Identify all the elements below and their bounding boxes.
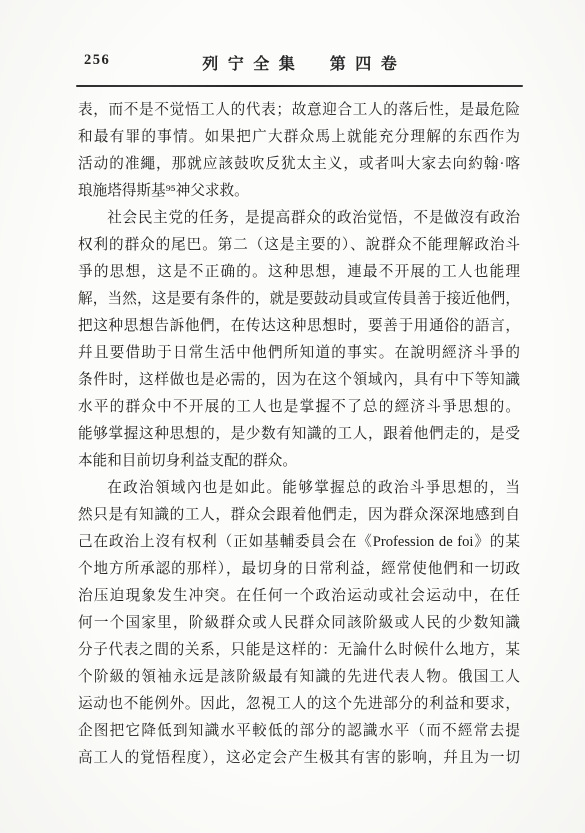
text-line: 在政治領域內也是如此。能够掌握总的政治斗爭思想的，当 — [78, 475, 520, 502]
text-line: 社会民主党的任务，是提高群众的政治觉悟，不是做沒有政治 — [78, 205, 520, 232]
book-page: 256 列宁全集 第四卷 表，而不是不觉悟工人的代表；故意迎合工人的落后性，是最… — [0, 0, 585, 833]
text-line: 分子代表之間的关系，只能是这样的：无論什么时候什么地方，某 — [78, 637, 520, 664]
text-line: 治压迫現象发生冲突。在任何一个政治运动或社会运动中，在任 — [78, 583, 520, 610]
text-line: 何一个国家里，阶級群众或人民群众同該阶級或人民的少数知識 — [78, 610, 520, 637]
text-line: 本能和目前切身利益支配的群众。 — [78, 448, 520, 475]
text-line: 爭的思想，这是不正确的。这种思想，連最不开展的工人也能理 — [78, 259, 520, 286]
text-line: 把这种思想告訴他們，在传达这种思想时，要善于用通俗的語言， — [78, 313, 520, 340]
paragraph: 表，而不是不觉悟工人的代表；故意迎合工人的落后性，是最危险和最有罪的事情。如果把… — [78, 97, 520, 205]
page-header: 256 列宁全集 第四卷 — [77, 50, 522, 74]
header-divider — [76, 85, 523, 87]
text-line: 表，而不是不觉悟工人的代表；故意迎合工人的落后性，是最危险 — [78, 97, 520, 124]
text-line: 水平的群众中不开展的工人也是掌握不了总的經济斗爭思想的。 — [78, 394, 520, 421]
running-title: 列宁全集 第四卷 — [77, 51, 522, 74]
text-line: 运动也不能例外。因此，忽視工人的这个先进部分的利益和要求， — [78, 691, 520, 718]
text-line: 高工人的覚悟程度），这必定会产生极其有害的影响，幷且为一切 — [78, 745, 520, 772]
paragraph: 在政治領域內也是如此。能够掌握总的政治斗爭思想的，当然只是有知識的工人，群众会跟… — [78, 475, 520, 772]
text-line: 己在政治上沒有权利（正如基輔委員会在《Profession de foi》的某 — [78, 529, 520, 556]
text-line: 能够掌握这种思想的，是少数有知識的工人，跟着他們走的，是受 — [78, 421, 520, 448]
text-line: 琅施塔得斯基⁹⁵神父求救。 — [78, 178, 520, 205]
text-line: 个阶級的領袖永远是該阶級最有知識的先进代表人物。俄国工人 — [78, 664, 520, 691]
paragraph: 社会民主党的任务，是提高群众的政治觉悟，不是做沒有政治权利的群众的尾巴。第二（这… — [78, 205, 520, 475]
text-line: 幷且要借助于日常生活中他們所知道的事实。在說明經济斗爭的 — [78, 340, 520, 367]
text-line: 权利的群众的尾巴。第二（这是主要的）、說群众不能理解政治斗 — [78, 232, 520, 259]
text-line: 条件时，这样做也是必需的，因为在这个領域內，具有中下等知識 — [78, 367, 520, 394]
text-line: 然只是有知識的工人，群众会跟着他們走，因为群众深深地感到自 — [78, 502, 520, 529]
text-line: 解，当然，这是要有条件的，就是要鼓动員或宣传員善于接近他們， — [78, 286, 520, 313]
text-line: 个地方所承認的那样），最切身的日常利益，經常使他們和一切政 — [78, 556, 520, 583]
text-line: 企图把它降低到知識水平較低的部分的認識水平（而不經常去提 — [78, 718, 520, 745]
body-text: 表，而不是不觉悟工人的代表；故意迎合工人的落后性，是最危险和最有罪的事情。如果把… — [78, 97, 520, 772]
text-line: 和最有罪的事情。如果把广大群众馬上就能充分理解的东西作为 — [78, 124, 520, 151]
text-line: 活动的准繩，那就应該鼓吹反犹太主义，或者叫大家去向約翰·喀 — [78, 151, 520, 178]
